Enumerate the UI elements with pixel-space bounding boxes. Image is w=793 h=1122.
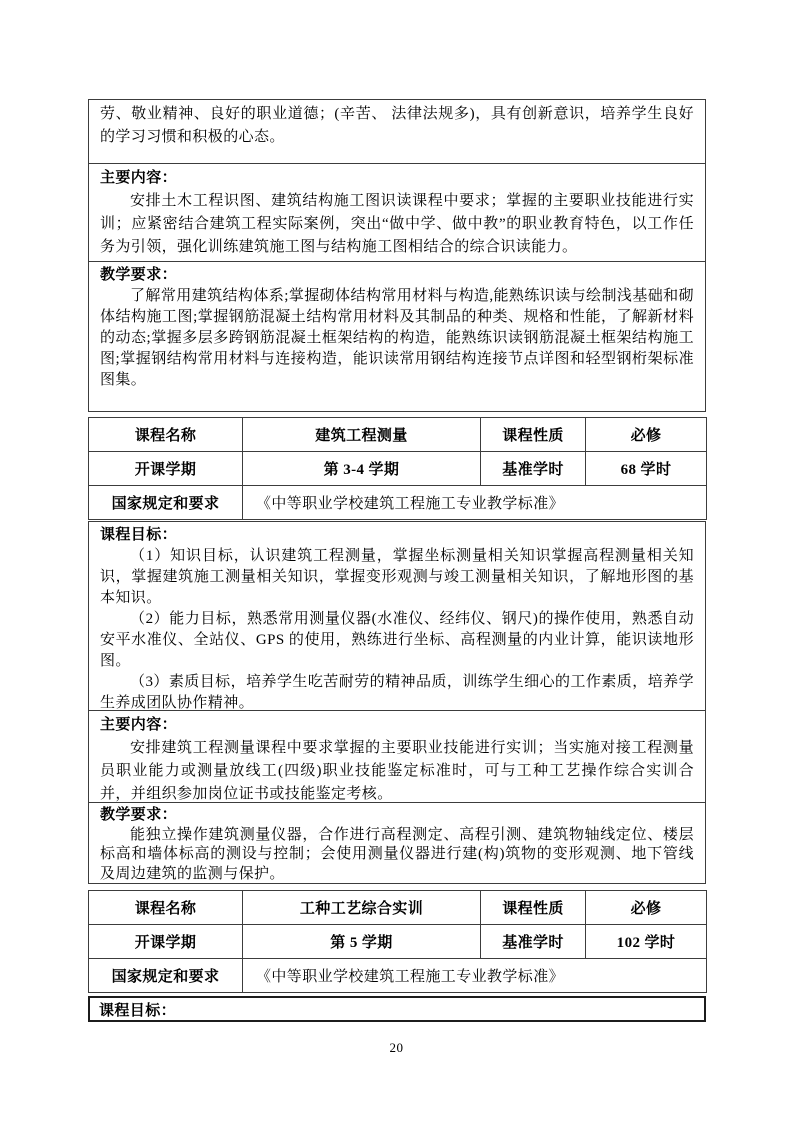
teaching-req-1-title: 教学要求： [100,265,694,286]
main-content-2-title: 主要内容： [100,714,694,737]
course-info-table-1: 课程名称 建筑工程测量 课程性质 必修 开课学期 第 3-4 学期 基准学时 6… [88,417,707,520]
main-content-2-body: 安排建筑工程测量课程中要求掌握的主要职业技能进行实训；当实施对接工程测量员职业能… [100,737,694,803]
table-row: 国家规定和要求 《中等职业学校建筑工程施工专业教学标准》 [89,486,707,520]
table-row: 课程名称 工种工艺综合实训 课程性质 必修 [89,891,707,925]
table-row: 开课学期 第 5 学期 基准学时 102 学时 [89,925,707,959]
course-type-label: 课程性质 [481,891,586,925]
semester-value: 第 3-4 学期 [243,452,481,486]
teaching-req-1-block: 教学要求： 了解常用建筑结构体系;掌握砌体结构常用材料与构造,能熟练识读与绘制浅… [88,261,706,412]
main-content-1-title: 主要内容： [100,167,694,190]
course-goals-2-block: 课程目标： [88,996,706,1022]
course-type-label: 课程性质 [481,418,586,452]
table-row: 开课学期 第 3-4 学期 基准学时 68 学时 [89,452,707,486]
section-group-top: 劳、敬业精神、良好的职业道德；(辛苦、 法律法规多)，具有创新意识，培养学生良好… [88,99,706,412]
national-standard-label: 国家规定和要求 [89,959,243,993]
carryover-text: 劳、敬业精神、良好的职业道德；(辛苦、 法律法规多)，具有创新意识，培养学生良好… [100,103,694,149]
table-row: 课程名称 建筑工程测量 课程性质 必修 [89,418,707,452]
national-standard-label: 国家规定和要求 [89,486,243,520]
hours-label: 基准学时 [481,452,586,486]
semester-label: 开课学期 [89,925,243,959]
table-row: 国家规定和要求 《中等职业学校建筑工程施工专业教学标准》 [89,959,707,993]
teaching-req-1-body: 了解常用建筑结构体系;掌握砌体结构常用材料与构造,能熟练识读与绘制浅基础和砌体结… [100,286,694,391]
course-goal-quality: （3）素质目标，培养学生吃苦耐劳的精神品质，训练学生细心的工作素质，培养学生养成… [100,672,694,711]
course-goal-knowledge: （1）知识目标，认识建筑工程测量，掌握坐标测量相关知识掌握高程测量相关知识，掌握… [100,546,694,609]
main-content-2-block: 主要内容： 安排建筑工程测量课程中要求掌握的主要职业技能进行实训；当实施对接工程… [88,710,706,803]
course-name-label: 课程名称 [89,891,243,925]
page-number: 20 [0,1040,793,1056]
main-content-1-body: 安排土木工程识图、建筑结构施工图识读课程中要求；掌握的主要职业技能进行实训；应紧… [100,190,694,259]
course-goals-1-block: 课程目标： （1）知识目标，认识建筑工程测量，掌握坐标测量相关知识掌握高程测量相… [88,521,706,711]
section-group-middle: 课程目标： （1）知识目标，认识建筑工程测量，掌握坐标测量相关知识掌握高程测量相… [88,521,706,884]
hours-label: 基准学时 [481,925,586,959]
document-page: 劳、敬业精神、良好的职业道德；(辛苦、 法律法规多)，具有创新意识，培养学生良好… [0,0,793,1122]
course-type-value: 必修 [586,418,707,452]
course-type-value: 必修 [586,891,707,925]
carryover-text-block: 劳、敬业精神、良好的职业道德；(辛苦、 法律法规多)，具有创新意识，培养学生良好… [88,99,706,164]
course-goals-2-title: 课程目标： [99,1003,176,1019]
course-goal-ability: （2）能力目标，熟悉常用测量仪器(水准仪、经纬仪、钢尺)的操作使用，熟悉自动安平… [100,609,694,672]
course-name-value: 工种工艺综合实训 [243,891,481,925]
teaching-req-2-body: 能独立操作建筑测量仪器，合作进行高程测定、高程引测、建筑物轴线定位、楼层标高和墙… [100,826,694,885]
teaching-req-2-block: 教学要求： 能独立操作建筑测量仪器，合作进行高程测定、高程引测、建筑物轴线定位、… [88,802,706,884]
main-content-1-block: 主要内容： 安排土木工程识图、建筑结构施工图识读课程中要求；掌握的主要职业技能进… [88,163,706,262]
course-goals-1-title: 课程目标： [100,525,694,546]
hours-value: 102 学时 [586,925,707,959]
course-name-label: 课程名称 [89,418,243,452]
hours-value: 68 学时 [586,452,707,486]
national-standard-value: 《中等职业学校建筑工程施工专业教学标准》 [243,486,707,520]
course-info-table-2: 课程名称 工种工艺综合实训 课程性质 必修 开课学期 第 5 学期 基准学时 1… [88,890,707,993]
semester-value: 第 5 学期 [243,925,481,959]
teaching-req-2-title: 教学要求： [100,806,694,826]
national-standard-value: 《中等职业学校建筑工程施工专业教学标准》 [243,959,707,993]
course-name-value: 建筑工程测量 [243,418,481,452]
semester-label: 开课学期 [89,452,243,486]
